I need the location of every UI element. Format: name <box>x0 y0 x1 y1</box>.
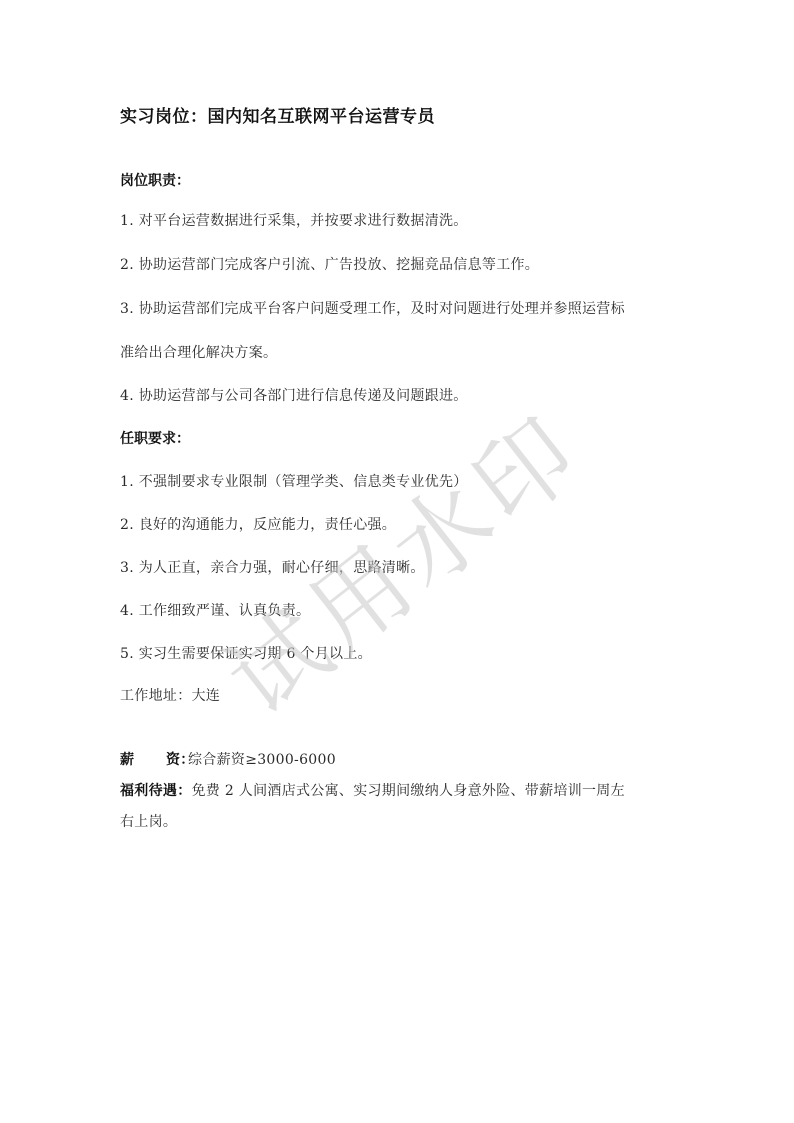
requirement-item-5: 5. 实习生需要保证实习期 6 个月以上。 <box>120 644 372 664</box>
salary-row: 薪资：综合薪资≥3000-6000 <box>120 750 336 770</box>
document-page: 实习岗位：国内知名互联网平台运营专员 岗位职责： 1. 对平台运营数据进行采集，… <box>0 0 794 1123</box>
benefits-value: 免费 2 人间酒店式公寓、实习期间缴纳人身意外险、带薪培训一周左 <box>192 783 625 799</box>
duties-heading: 岗位职责： <box>120 171 190 191</box>
page-title: 实习岗位：国内知名互联网平台运营专员 <box>120 105 435 129</box>
duty-item-3: 3. 协助运营部们完成平台客户问题受理工作，及时对问题进行处理并参照运营标 <box>120 299 625 319</box>
duty-item-2: 2. 协助运营部门完成客户引流、广告投放、挖掘竞品信息等工作。 <box>120 255 539 275</box>
requirement-item-2: 2. 良好的沟通能力，反应能力，责任心强。 <box>120 515 396 535</box>
work-location: 工作地址：大连 <box>120 686 220 706</box>
requirement-item-3: 3. 为人正直，亲合力强，耐心仔细，思路清晰。 <box>120 558 425 578</box>
salary-value: 综合薪资≥3000-6000 <box>188 752 336 768</box>
benefits-row: 福利待遇：免费 2 人间酒店式公寓、实习期间缴纳人身意外险、带薪培训一周左 <box>120 781 625 801</box>
duty-item-4: 4. 协助运营部与公司各部门进行信息传递及问题跟进。 <box>120 386 468 406</box>
benefits-value-cont: 右上岗。 <box>120 812 177 832</box>
salary-label: 薪资： <box>120 750 188 770</box>
duty-item-3-cont: 准给出合理化解决方案。 <box>120 343 277 363</box>
benefits-label: 福利待遇： <box>120 783 192 799</box>
requirements-heading: 任职要求： <box>120 429 190 449</box>
duty-item-1: 1. 对平台运营数据进行采集，并按要求进行数据清洗。 <box>120 211 468 231</box>
requirement-item-1: 1. 不强制要求专业限制（管理学类、信息类专业优先） <box>120 472 468 492</box>
requirement-item-4: 4. 工作细致严谨、认真负责。 <box>120 601 310 621</box>
